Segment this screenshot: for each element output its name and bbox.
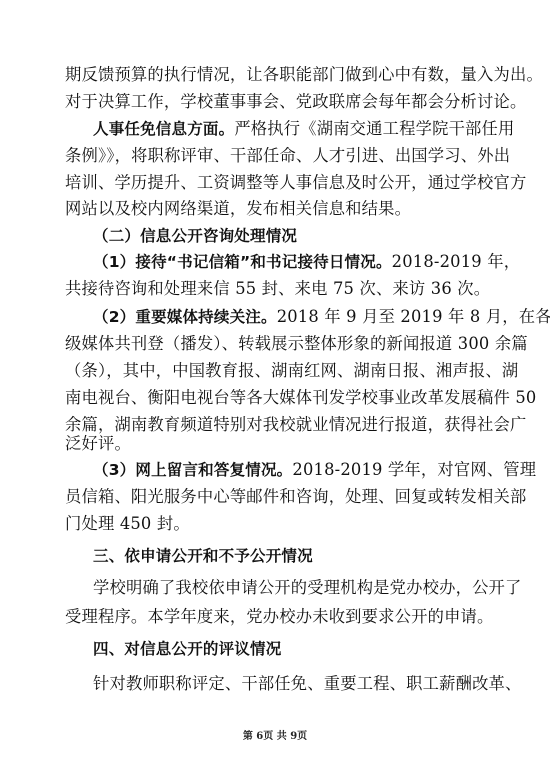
body-text: 泛好评。 [65,434,131,453]
body-text: 2018 年 9 月至 2019 年 8 月，在各 [277,307,550,326]
body-text: （条），其中，中国教育报、湖南红网、湖南日报、湘声报、湖 [65,361,518,380]
bold-lead-text: （3）网上留言和答复情况。 [93,461,292,479]
text-line: 受理程序。本学年度来，党办校办未收到要求公开的申请。 [65,605,487,629]
text-line: 网站以及校内网络渠道，发布相关信息和结果。 [65,197,487,221]
text-line: 学校明确了我校依申请公开的受理机构是党办校办，公开了 [93,576,487,600]
text-line: 泛好评。 [65,432,487,456]
section-heading: 四、对信息公开的评议情况 [93,637,487,661]
text-line: （条），其中，中国教育报、湖南红网、湖南日报、湘声报、湖 [65,359,487,383]
text-line: （1）接待“书记信箱”和书记接待日情况。2018-2019 年， [93,250,487,274]
text-line: （3）网上留言和答复情况。2018-2019 学年，对官网、管理 [93,458,487,482]
bold-lead-text: （二）信息公开咨询处理情况 [93,227,297,245]
body-text: 受理程序。本学年度来，党办校办未收到要求公开的申请。 [65,607,494,626]
text-line: 条例》》，将职称评审、干部任命、人才引进、出国学习、外出 [65,144,487,168]
text-line: 员信箱、阳光服务中心等邮件和咨询，处理、回复或转发相关部 [65,485,487,509]
body-text: 南电视台、衡阳电视台等各大媒体刊发学校事业改革发展稿件 50 [65,388,537,407]
bold-lead-text: 四、对信息公开的评议情况 [93,640,281,658]
body-text: 共接待咨询和处理来信 55 封、来电 75 次、来访 36 次。 [65,279,490,298]
bold-lead-text: 人事任免信息方面。 [93,120,234,138]
text-line: 期反馈预算的执行情况，让各职能部门做到心中有数，量入为出。 [65,63,487,87]
text-line: 人事任免信息方面。严格执行《湖南交通工程学院干部任用 [93,117,487,141]
text-line: 级媒体共刊登（播发）、转载展示整体形象的新闻报道 300 余篇 [65,332,487,356]
text-line: 对于决算工作，学校董事事会、党政联席会每年都会分析讨论。 [65,90,487,114]
text-line: （二）信息公开咨询处理情况 [93,224,487,248]
bold-lead-text: （1）接待“书记信箱”和书记接待日情况。 [93,253,392,271]
body-text: 严格执行《湖南交通工程学院干部任用 [234,119,514,138]
text-line: （2）重要媒体持续关注。2018 年 9 月至 2019 年 8 月，在各 [93,305,487,329]
body-text: 期反馈预算的执行情况，让各职能部门做到心中有数，量入为出。 [65,65,543,84]
body-text: 培训、学历提升、工资调整等人事信息及时公开，通过学校官方 [65,173,526,192]
section-heading: 三、依申请公开和不予公开情况 [93,544,487,568]
bold-lead-text: 三、依申请公开和不予公开情况 [93,547,313,565]
text-line: 门处理 450 封。 [65,512,487,536]
page-footer: 第 6页 共 9页 [0,727,550,742]
body-text: 网站以及校内网络渠道，发布相关信息和结果。 [65,199,411,218]
text-line: 共接待咨询和处理来信 55 封、来电 75 次、来访 36 次。 [65,277,487,301]
body-text: 针对教师职称评定、干部任免、重要工程、职工薪酬改革、 [93,674,522,693]
document-page: 期反馈预算的执行情况，让各职能部门做到心中有数，量入为出。对于决算工作，学校董事… [0,0,550,782]
body-text: 门处理 450 封。 [65,514,190,533]
body-text: 2018-2019 年， [392,252,521,271]
body-text: 员信箱、阳光服务中心等邮件和咨询，处理、回复或转发相关部 [65,487,526,506]
body-text: 学校明确了我校依申请公开的受理机构是党办校办，公开了 [93,578,522,597]
text-line: 针对教师职称评定、干部任免、重要工程、职工薪酬改革、 [93,672,487,696]
text-line: 南电视台、衡阳电视台等各大媒体刊发学校事业改革发展稿件 50 [65,386,487,410]
body-text: 级媒体共刊登（播发）、转载展示整体形象的新闻报道 300 余篇 [65,334,528,353]
bold-lead-text: （2）重要媒体持续关注。 [93,308,277,326]
body-text: 2018-2019 学年，对官网、管理 [292,460,536,479]
body-text: 条例》》，将职称评审、干部任命、人才引进、出国学习、外出 [65,146,510,165]
body-text: 对于决算工作，学校董事事会、党政联席会每年都会分析讨论。 [65,92,526,111]
text-line: 培训、学历提升、工资调整等人事信息及时公开，通过学校官方 [65,171,487,195]
